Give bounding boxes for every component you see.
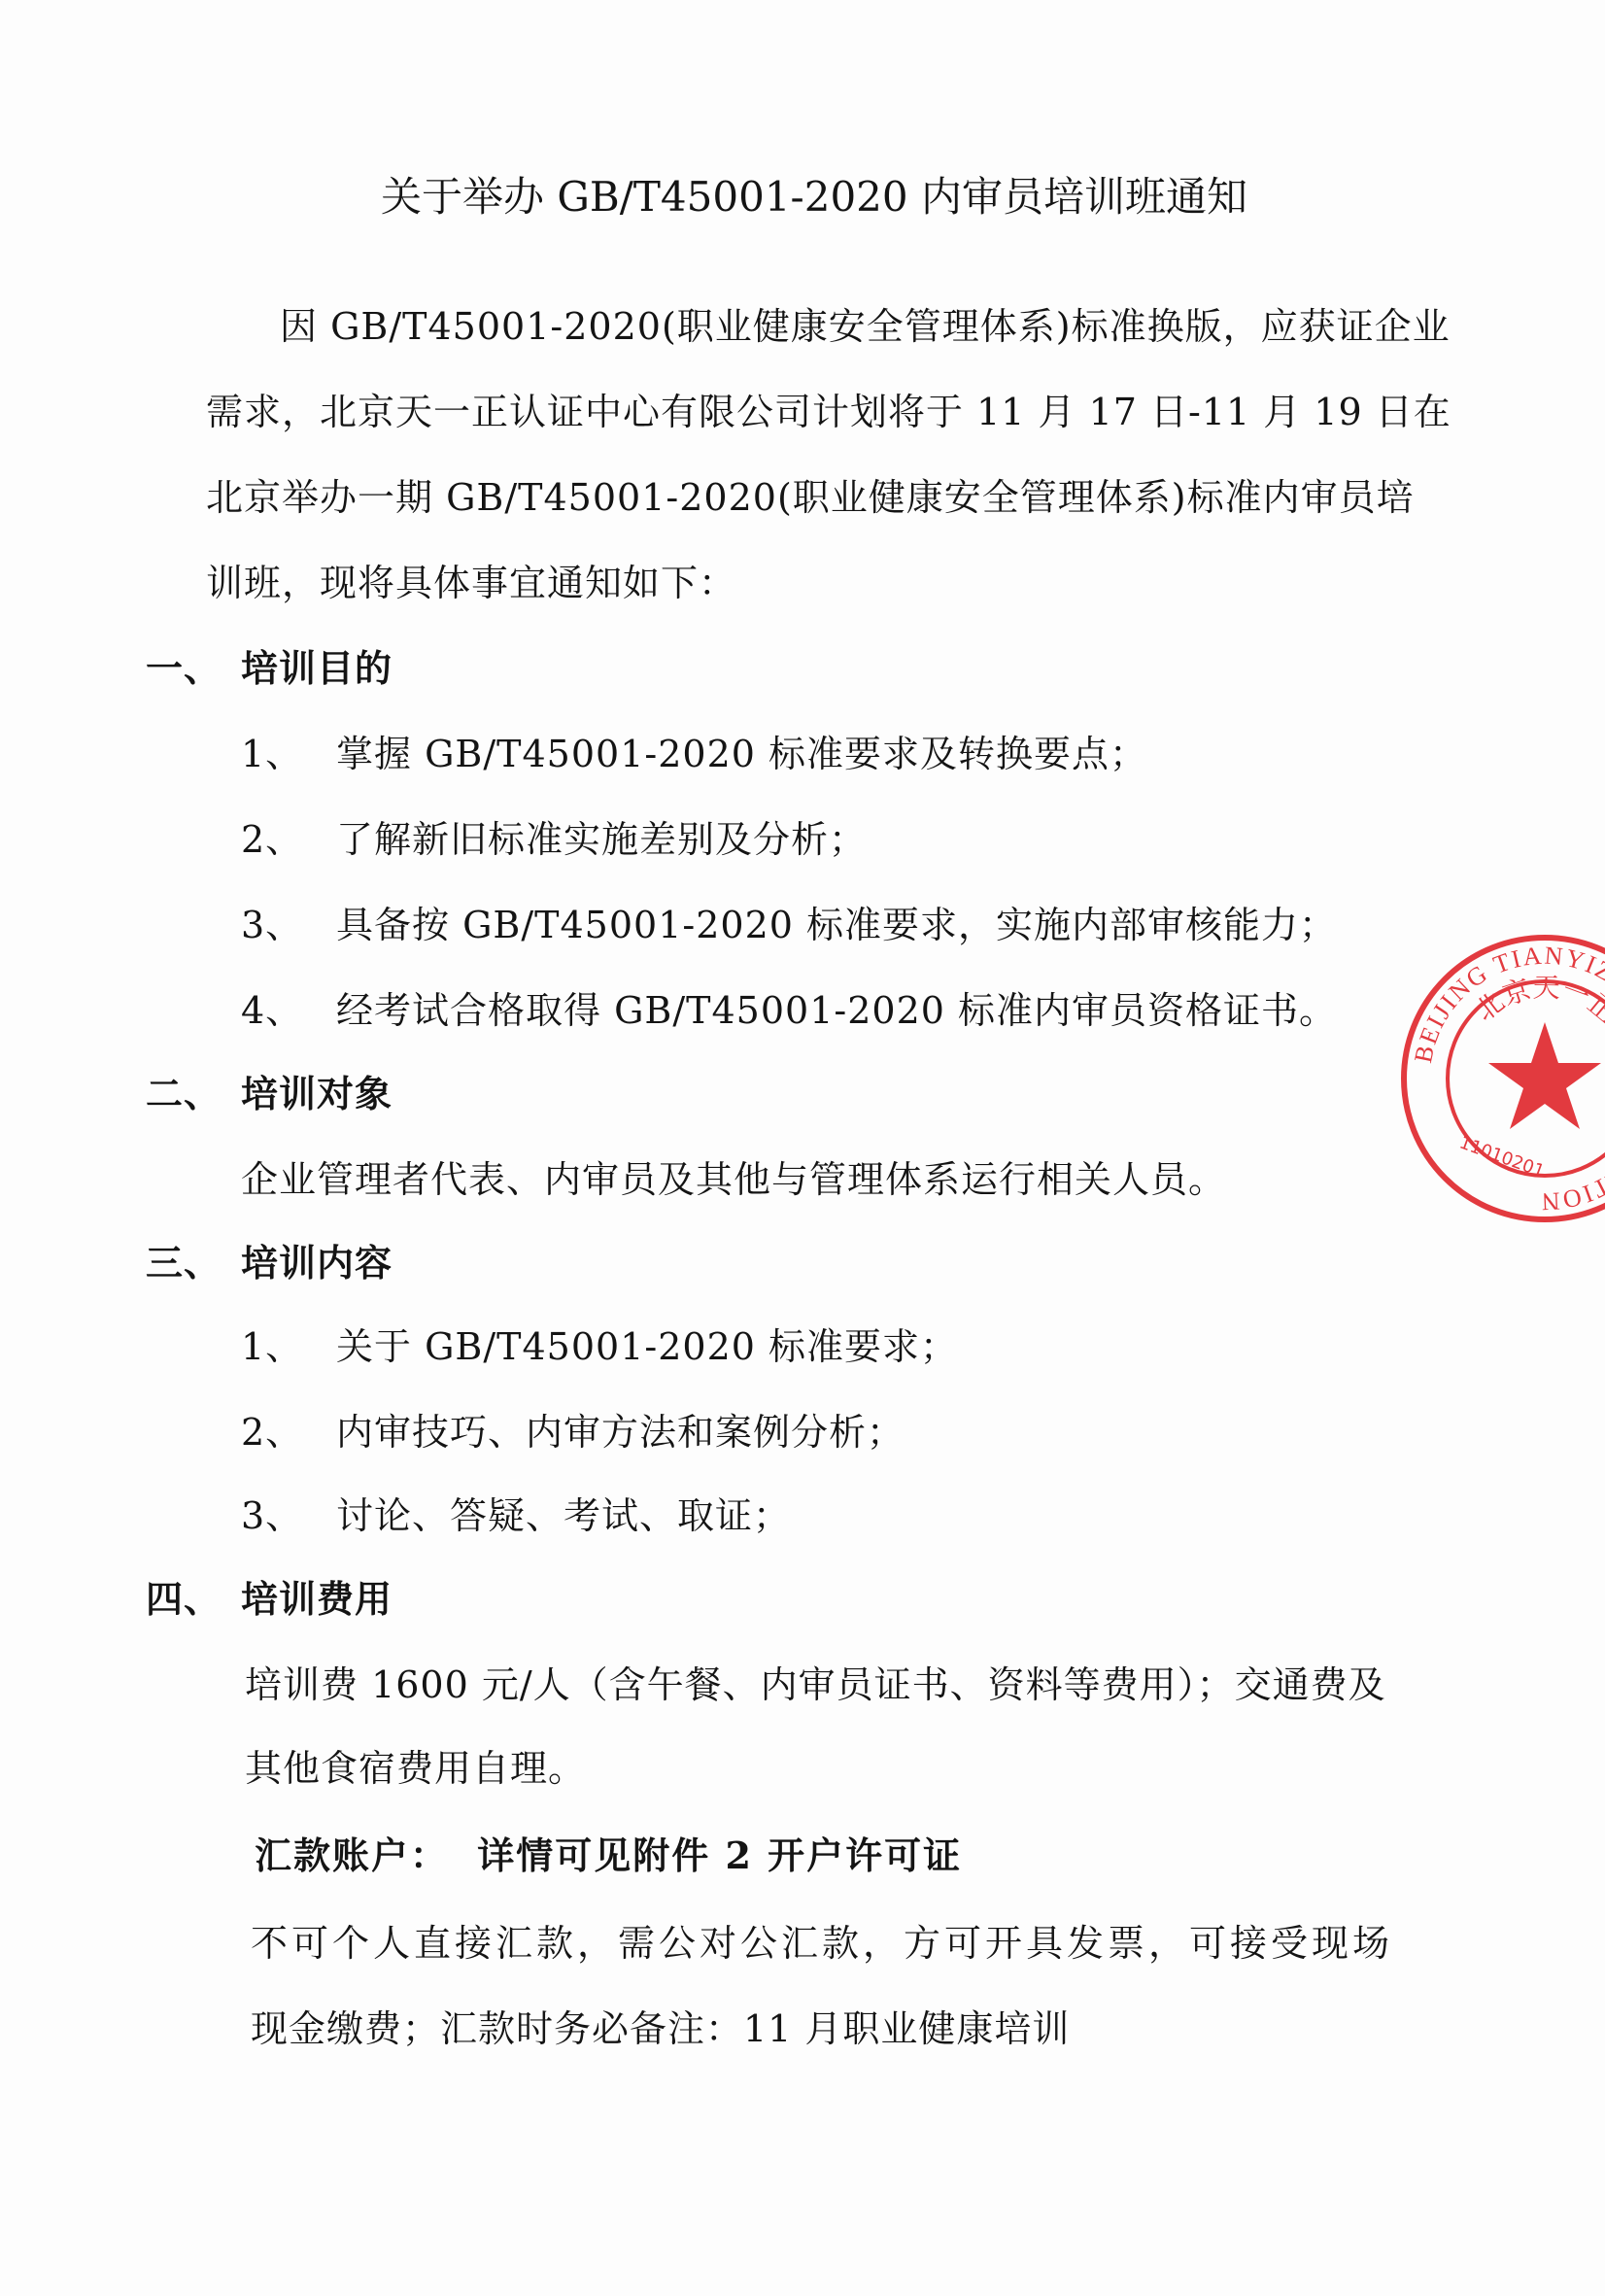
- list-item: 3、具备按 GB/T45001-2020 标准要求，实施内部审核能力；: [241, 902, 1337, 948]
- section-title: 培训对象: [241, 1072, 393, 1115]
- list-item: 2、内审技巧、内审方法和案例分析；: [241, 1409, 905, 1456]
- item-number: 1、: [241, 731, 336, 777]
- section-number: 三、: [146, 1240, 241, 1286]
- intro-line-4: 训班，现将具体事宜通知如下：: [206, 560, 736, 606]
- intro-line-3: 北京举办一期 GB/T45001-2020(职业健康安全管理体系)标准内审员培: [206, 474, 1415, 521]
- item-number: 3、: [241, 902, 336, 948]
- list-item: 1、掌握 GB/T45001-2020 标准要求及转换要点；: [241, 731, 1147, 777]
- section-title: 培训费用: [241, 1577, 393, 1621]
- section-number: 二、: [146, 1071, 241, 1117]
- section-number: 四、: [146, 1576, 241, 1623]
- payment-note-1: 不可个人直接汇款，需公对公汇款，方可开具发票，可接受现场: [251, 1920, 1393, 1967]
- fee-line-1: 培训费 1600 元/人（含午餐、内审员证书、资料等费用）；交通费及: [245, 1662, 1386, 1708]
- item-number: 1、: [241, 1323, 336, 1370]
- official-stamp-icon: BEIJING TIANYIZHENG CERTIFICATION 北京天一正认…: [1399, 933, 1605, 1224]
- fee-line-2: 其他食宿费用自理。: [245, 1745, 586, 1792]
- intro-line-2: 需求，北京天一正认证中心有限公司计划将于 11 月 17 日-11 月 19 日…: [206, 389, 1451, 435]
- document-title: 关于举办 GB/T45001-2020 内审员培训班通知: [381, 173, 1247, 222]
- document-page: 关于举办 GB/T45001-2020 内审员培训班通知 因 GB/T45001…: [0, 0, 1605, 2296]
- section-number: 一、: [146, 645, 241, 692]
- section-heading-fees: 四、培训费用: [146, 1576, 393, 1623]
- account-label: 汇款账户：: [255, 1833, 449, 1877]
- item-text: 关于 GB/T45001-2020 标准要求；: [336, 1325, 958, 1368]
- section-title: 培训目的: [241, 646, 393, 690]
- item-text: 了解新旧标准实施差别及分析；: [336, 818, 867, 861]
- section-heading-audience: 二、培训对象: [146, 1071, 393, 1117]
- account-value: 详情可见附件 2 开户许可证: [477, 1833, 962, 1877]
- remittance-account: 汇款账户： 详情可见附件 2 开户许可证: [255, 1833, 962, 1879]
- item-text: 掌握 GB/T45001-2020 标准要求及转换要点；: [336, 733, 1147, 775]
- payment-note-2: 现金缴费；汇款时务必备注：11 月职业健康培训: [251, 2005, 1070, 2052]
- audience-text: 企业管理者代表、内审员及其他与管理体系运行相关人员。: [241, 1156, 1226, 1203]
- section-title: 培训内容: [241, 1241, 393, 1285]
- item-number: 2、: [241, 816, 336, 863]
- list-item: 3、讨论、答疑、考试、取证；: [241, 1492, 791, 1539]
- item-text: 具备按 GB/T45001-2020 标准要求，实施内部审核能力；: [336, 904, 1337, 946]
- svg-text:11010201: 11010201: [1456, 1133, 1547, 1182]
- section-heading-content: 三、培训内容: [146, 1240, 393, 1286]
- list-item: 2、了解新旧标准实施差别及分析；: [241, 816, 867, 863]
- section-heading-purpose: 一、培训目的: [146, 645, 393, 692]
- item-number: 4、: [241, 987, 336, 1034]
- intro-line-1: 因 GB/T45001-2020(职业健康安全管理体系)标准换版，应获证企业: [280, 303, 1451, 350]
- item-text: 内审技巧、内审方法和案例分析；: [336, 1411, 905, 1454]
- item-text: 经考试合格取得 GB/T45001-2020 标准内审员资格证书。: [336, 989, 1337, 1032]
- list-item: 1、关于 GB/T45001-2020 标准要求；: [241, 1323, 958, 1370]
- item-number: 3、: [241, 1492, 336, 1539]
- list-item: 4、经考试合格取得 GB/T45001-2020 标准内审员资格证书。: [241, 987, 1337, 1034]
- item-text: 讨论、答疑、考试、取证；: [336, 1494, 791, 1537]
- item-number: 2、: [241, 1409, 336, 1456]
